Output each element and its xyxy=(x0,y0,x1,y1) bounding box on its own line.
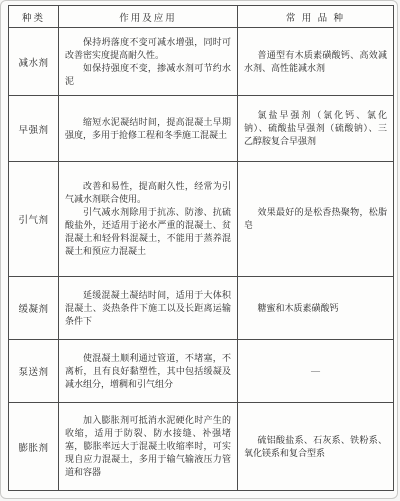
products-paragraph: 普通型有木质素磺酸钙、高效减水剂、高性能减水剂 xyxy=(244,49,387,75)
row-type-label: 引气剂 xyxy=(9,162,59,277)
usage-paragraph: 保持坍落度不变可减水增强，同时可改善密实度提高耐久性。 xyxy=(65,36,231,62)
table-row-air-entrainer: 引气剂 改善和易性，提高耐久性，经常为引气减水剂联合使用。 引气减水剂除用于抗冻… xyxy=(9,162,394,277)
table-row-pumping-agent: 泵送剂 使混凝土顺利通过管道，不堵塞，不离析，且有良好黏塑性，其中包括缓凝及减水… xyxy=(9,340,394,403)
usage-paragraph: 如保持强度不变，掺减水剂可节约水泥 xyxy=(65,62,231,88)
row-usage-cell: 缩短水泥凝结时间，提高混凝土早期强度，多用于抢修工程和冬季施工混凝土 xyxy=(59,96,238,162)
row-usage-cell: 加入膨胀剂可抵消水泥硬化时产生的收缩，适用于防裂、防水接缝、补强堵塞，膨胀率远大… xyxy=(59,403,238,491)
usage-paragraph: 改善和易性，提高耐久性，经常为引气减水剂联合使用。 xyxy=(65,180,231,206)
row-products-cell: 氯盐早强剂（氯化钙、氯化钠）、硫酸盐早强剂（硫酸钠）、三乙醇胺复合早强剂 xyxy=(238,96,394,162)
table-row-retarder: 缓凝剂 延缓混凝土凝结时间，适用于大体积混凝土、炎热条件下施工以及长距离运输条件… xyxy=(9,277,394,340)
products-paragraph: 效果最好的是松香热聚物，松脂皂 xyxy=(244,206,387,232)
row-products-cell: 硫铝酸盐系、石灰系、铁粉系、氧化镁系和复合型系 xyxy=(238,403,394,491)
row-type-label: 减水剂 xyxy=(9,28,59,96)
row-type-label: 缓凝剂 xyxy=(9,277,59,340)
usage-paragraph: 延缓混凝土凝结时间，适用于大体积混凝土、炎热条件下施工以及长距离运输条件下 xyxy=(65,289,231,328)
products-dash: — xyxy=(244,365,387,378)
row-type-label: 泵送剂 xyxy=(9,340,59,403)
usage-paragraph: 加入膨胀剂可抵消水泥硬化时产生的收缩，适用于防裂、防水接缝、补强堵塞，膨胀率远大… xyxy=(65,414,231,479)
row-usage-cell: 使混凝土顺利通过管道，不堵塞，不离析，且有良好黏塑性，其中包括缓凝及减水组分，增… xyxy=(59,340,238,403)
row-usage-cell: 保持坍落度不变可减水增强，同时可改善密实度提高耐久性。 如保持强度不变，掺减水剂… xyxy=(59,28,238,96)
row-products-cell: 效果最好的是松香热聚物，松脂皂 xyxy=(238,162,394,277)
row-type-label: 膨胀剂 xyxy=(9,403,59,491)
admixture-table: 种类 作用及应用 常 用 品 种 减水剂 保持坍落度不变可减水增强，同时可改善密… xyxy=(8,5,394,491)
usage-paragraph: 缩短水泥凝结时间，提高混凝土早期强度，多用于抢修工程和冬季施工混凝土 xyxy=(65,116,231,142)
usage-paragraph: 引气减水剂除用于抗冻、防渗、抗硫酸盐外，还适用于泌水严重的混凝土、贫混凝土和轻骨… xyxy=(65,206,231,258)
table-header-row: 种类 作用及应用 常 用 品 种 xyxy=(9,6,394,28)
header-usage: 作用及应用 xyxy=(59,6,238,28)
row-products-cell: 糖蜜和木质素磺酸钙 xyxy=(238,277,394,340)
products-paragraph: 氯盐早强剂（氯化钙、氯化钠）、硫酸盐早强剂（硫酸钠）、三乙醇胺复合早强剂 xyxy=(244,109,387,148)
table-row-expansion-agent: 膨胀剂 加入膨胀剂可抵消水泥硬化时产生的收缩，适用于防裂、防水接缝、补强堵塞，膨… xyxy=(9,403,394,491)
products-paragraph: 糖蜜和木质素磺酸钙 xyxy=(244,302,387,315)
row-type-label: 早强剂 xyxy=(9,96,59,162)
header-products: 常 用 品 种 xyxy=(238,6,394,28)
usage-paragraph: 使混凝土顺利通过管道，不堵塞，不离析，且有良好黏塑性，其中包括缓凝及减水组分，增… xyxy=(65,352,231,391)
row-products-cell: 普通型有木质素磺酸钙、高效减水剂、高性能减水剂 xyxy=(238,28,394,96)
header-type: 种类 xyxy=(9,6,59,28)
scanned-page: 种类 作用及应用 常 用 品 种 减水剂 保持坍落度不变可减水增强，同时可改善密… xyxy=(0,0,398,499)
row-usage-cell: 改善和易性，提高耐久性，经常为引气减水剂联合使用。 引气减水剂除用于抗冻、防渗、… xyxy=(59,162,238,277)
row-products-cell: — xyxy=(238,340,394,403)
table-row-water-reducer: 减水剂 保持坍落度不变可减水增强，同时可改善密实度提高耐久性。 如保持强度不变，… xyxy=(9,28,394,96)
row-usage-cell: 延缓混凝土凝结时间，适用于大体积混凝土、炎热条件下施工以及长距离运输条件下 xyxy=(59,277,238,340)
table-row-accelerator: 早强剂 缩短水泥凝结时间，提高混凝土早期强度，多用于抢修工程和冬季施工混凝土 氯… xyxy=(9,96,394,162)
products-paragraph: 硫铝酸盐系、石灰系、铁粉系、氧化镁系和复合型系 xyxy=(244,434,387,460)
